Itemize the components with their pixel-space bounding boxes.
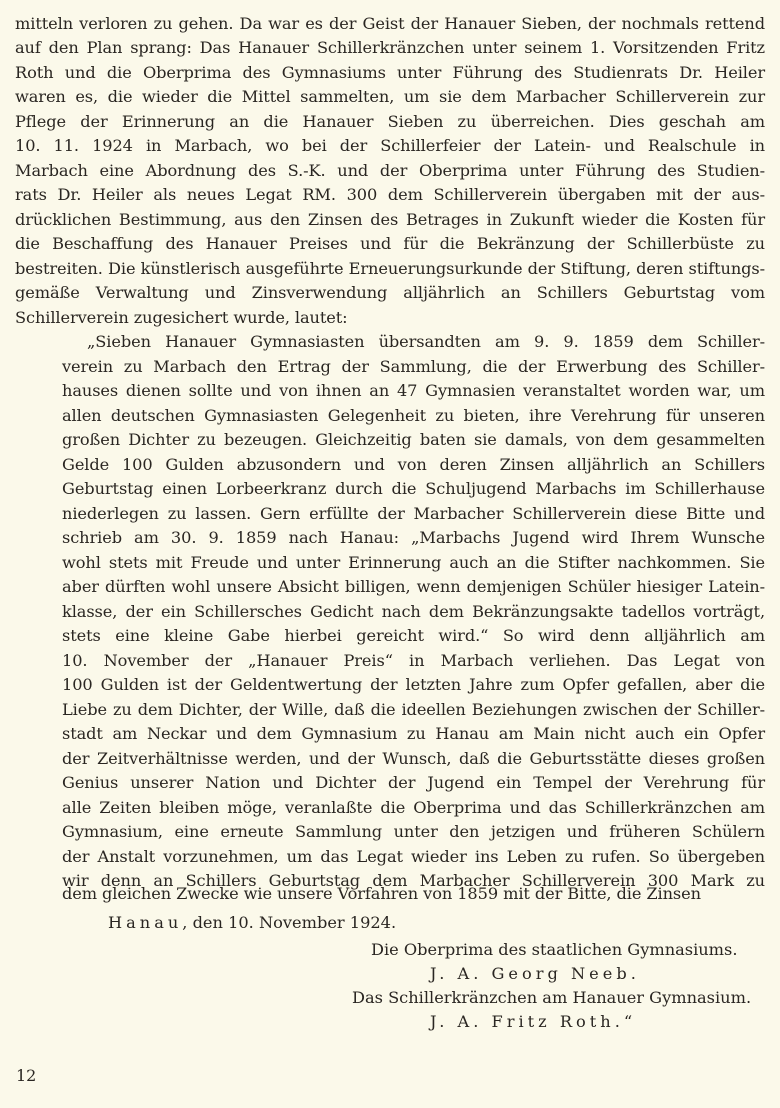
text-line: auf den Plan sprang: Das Hanauer Schille… <box>15 36 765 60</box>
quote-line: Liebe zu dem Dichter, der Wille, daß die… <box>62 698 765 722</box>
page-number: 12 <box>16 1066 36 1085</box>
quote-line: verein zu Marbach den Ertrag der Sammlun… <box>62 355 765 379</box>
text-line: Roth und die Oberprima des Gymnasiums un… <box>15 61 765 85</box>
place-city: Hanau <box>108 913 182 932</box>
quote-line: schrieb am 30. 9. 1859 nach Hanau: „Marb… <box>62 526 765 550</box>
place-date: Hanau, den 10. November 1924. <box>108 911 396 935</box>
quote-line: aber dürften wohl unsere Absicht billige… <box>62 575 765 599</box>
signature-name-2: J. A. Fritz Roth.“ <box>430 1010 636 1034</box>
quote-line: 100 Gulden ist der Geldentwertung der le… <box>62 673 765 697</box>
quote-line: der Zeitverhältnisse werden, und der Wun… <box>62 747 765 771</box>
text-line: gemäße Verwaltung und Zinsverwendung all… <box>15 281 765 305</box>
quote-line: großen Dichter zu bezeugen. Gleichzeitig… <box>62 428 765 452</box>
quote-line: der Anstalt vorzunehmen, um das Legat wi… <box>62 845 765 869</box>
quote-line: hauses dienen sollte und von ihnen an 47… <box>62 379 765 403</box>
quote-line: Genius unserer Nation und Dichter der Ju… <box>62 771 765 795</box>
text-line: 10. 11. 1924 in Marbach, wo bei der Schi… <box>15 134 765 158</box>
quote-line: Gymnasium, eine erneute Sammlung unter d… <box>62 820 765 844</box>
text-line: waren es, die wieder die Mittel sammelte… <box>15 85 765 109</box>
quote-line: stadt am Neckar und dem Gymnasium zu Han… <box>62 722 765 746</box>
text-line: rats Dr. Heiler als neues Legat RM. 300 … <box>15 183 765 207</box>
quote-line: dem gleichen Zwecke wie unsere Vorfahren… <box>62 882 765 906</box>
quote-line: Geburtstag einen Lorbeerkranz durch die … <box>62 477 765 501</box>
date-text: , den 10. November 1924. <box>182 913 396 932</box>
quote-line: wohl stets mit Freude und unter Erinneru… <box>62 551 765 575</box>
signature-org-2: Das Schillerkränzchen am Hanauer Gymnasi… <box>352 986 751 1010</box>
quote-line: Gelde 100 Gulden abzusondern und von der… <box>62 453 765 477</box>
text-line: mitteln verloren zu gehen. Da war es der… <box>15 12 765 36</box>
text-line: die Beschaffung des Hanauer Preises und … <box>15 232 765 256</box>
quote-line: stets eine kleine Gabe hierbei gereicht … <box>62 624 765 648</box>
signature-org-1: Die Oberprima des staatlichen Gymnasiums… <box>371 938 737 962</box>
quote-line: allen deutschen Gymnasiasten Gelegenheit… <box>62 404 765 428</box>
quote-line: „Sieben Hanauer Gymnasiasten übersandten… <box>87 330 765 354</box>
text-line: Marbach eine Abordnung des S.-K. und der… <box>15 159 765 183</box>
text-line: Schillerverein zugesichert wurde, lautet… <box>15 306 765 330</box>
quote-line: klasse, der ein Schillersches Gedicht na… <box>62 600 765 624</box>
text-line: Pflege der Erinnerung an die Hanauer Sie… <box>15 110 765 134</box>
quote-line: alle Zeiten bleiben möge, veranlaßte die… <box>62 796 765 820</box>
text-line: drücklichen Bestimmung, aus den Zinsen d… <box>15 208 765 232</box>
signature-name-1: J. A. Georg Neeb. <box>430 962 640 986</box>
text-line: bestreiten. Die künstlerisch ausgeführte… <box>15 257 765 281</box>
quote-line: 10. November der „Hanauer Preis“ in Marb… <box>62 649 765 673</box>
document-page: mitteln verloren zu gehen. Da war es der… <box>0 0 780 1108</box>
quote-line: niederlegen zu lassen. Gern erfüllte der… <box>62 502 765 526</box>
